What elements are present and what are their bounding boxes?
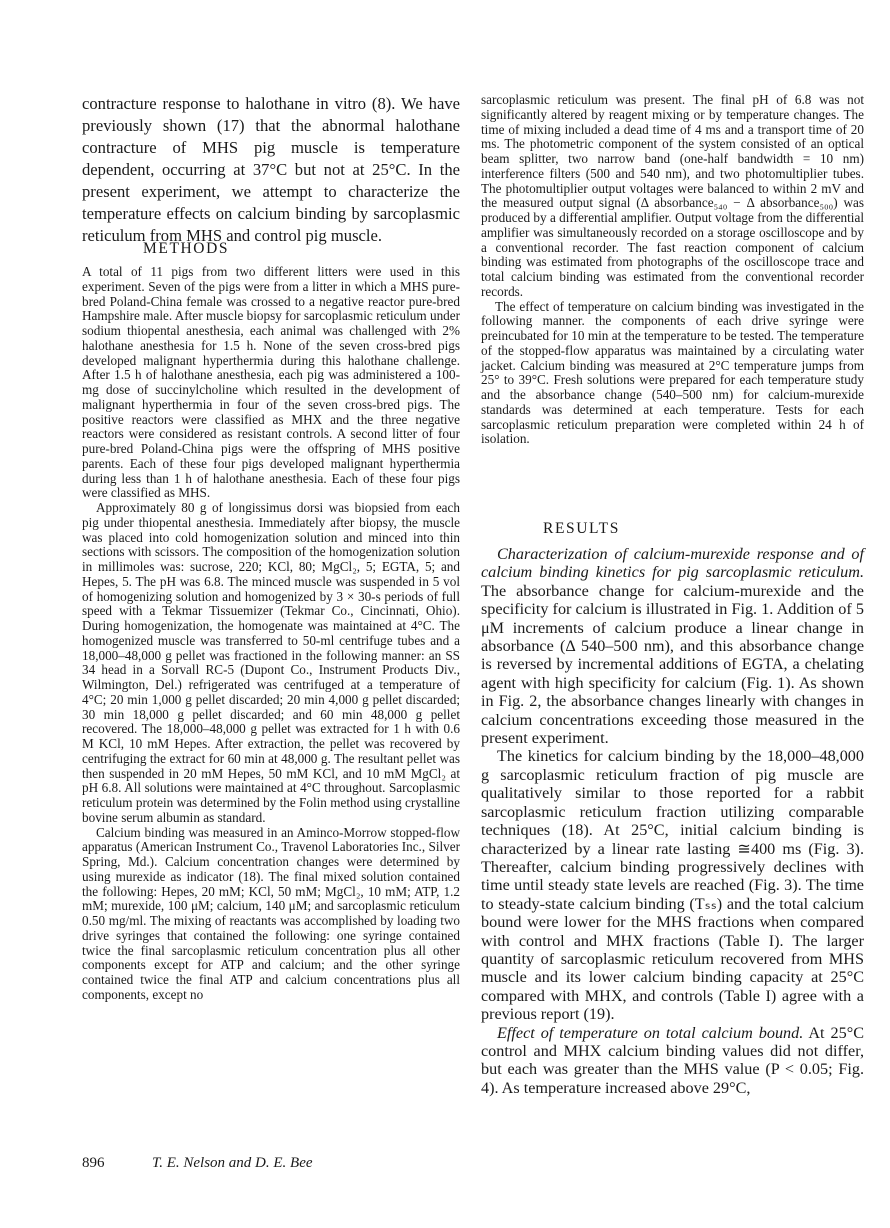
running-authors: T. E. Nelson and D. E. Bee (152, 1155, 313, 1171)
methods-paragraph-subjects: A total of 11 pigs from two different li… (82, 265, 460, 501)
methods-paragraph-preparation: Approximately 80 g of longissimus dorsi … (82, 501, 460, 826)
results-paragraph-kinetics: The kinetics for calcium binding by the … (481, 747, 864, 1023)
methods-body: A total of 11 pigs from two different li… (82, 265, 460, 1003)
methods-heading: METHODS (143, 240, 229, 258)
methods-paragraph-photometry: sarcoplasmic reticulum was present. The … (481, 93, 864, 300)
methods-paragraph-temperature: The effect of temperature on calcium bin… (481, 300, 864, 448)
methods-continued: sarcoplasmic reticulum was present. The … (481, 93, 864, 447)
results-text-kinetics: The kinetics for calcium binding by the … (481, 747, 864, 1023)
results-paragraph-characterization: Characterization of calcium-murexide res… (481, 545, 864, 747)
results-subheading-temperature: Effect of temperature on total calcium b… (497, 1024, 803, 1042)
results-subheading-characterization: Characterization of calcium-murexide res… (481, 545, 864, 581)
results-text-characterization: The absorbance change for calcium-murexi… (481, 582, 864, 747)
results-heading: RESULTS (543, 520, 620, 538)
intro-paragraph: contracture response to halothane in vit… (82, 93, 460, 247)
page-number: 896 (82, 1155, 152, 1172)
page-footer: 896T. E. Nelson and D. E. Bee (82, 1155, 313, 1172)
methods-paragraph-calcium-binding: Calcium binding was measured in an Aminc… (82, 826, 460, 1003)
results-body: Characterization of calcium-murexide res… (481, 545, 864, 1097)
results-paragraph-temperature: Effect of temperature on total calcium b… (481, 1024, 864, 1098)
